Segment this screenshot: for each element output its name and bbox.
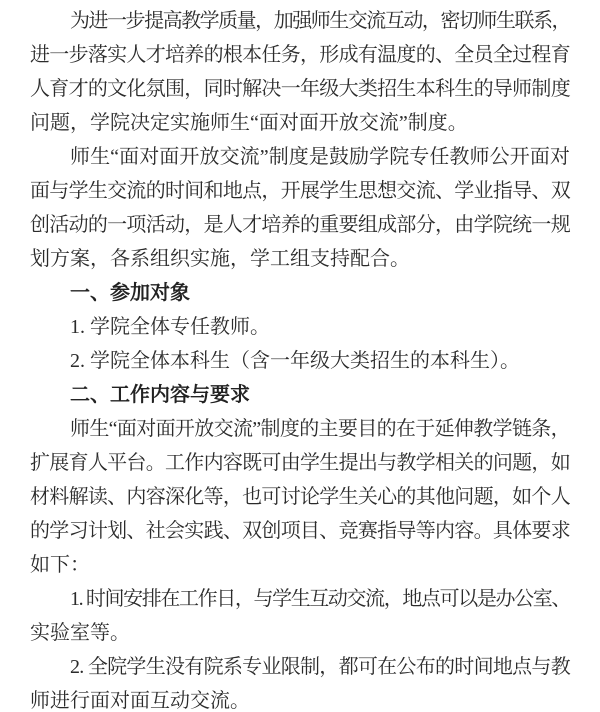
text-run: 1. 学院全体专任教师。 bbox=[70, 310, 270, 344]
text-line: 扩展育人平台。工作内容既可由学生提出与教学相关的问题，如 bbox=[30, 446, 570, 480]
document-page: 为进一步提高教学质量，加强师生交流互动，密切师生联系，进一步落实人才培养的根本任… bbox=[0, 0, 600, 712]
paragraph: 2. 学院全体本科生（含一年级大类招生的本科生）。 bbox=[30, 344, 570, 378]
text-run: 实验室等。 bbox=[30, 616, 130, 650]
text-run: 二、工作内容与要求 bbox=[70, 378, 250, 412]
paragraph: 为进一步提高教学质量，加强师生交流互动，密切师生联系，进一步落实人才培养的根本任… bbox=[30, 4, 570, 140]
text-line: 2. 全院学生没有院系专业限制，都可在公布的时间地点与教 bbox=[30, 650, 570, 684]
document-body: 为进一步提高教学质量，加强师生交流互动，密切师生联系，进一步落实人才培养的根本任… bbox=[30, 4, 570, 712]
text-run: 为进一步提高教学质量，加强师生交流互动，密切师生联系， bbox=[70, 4, 570, 38]
text-run: 扩展育人平台。工作内容既可由学生提出与教学相关的问题，如 bbox=[30, 446, 570, 480]
text-run: 面与学生交流的时间和地点，开展学生思想交流、学业指导、双 bbox=[30, 174, 570, 208]
text-run: 师进行面对面互动交流。 bbox=[30, 684, 250, 712]
heading-line: 二、工作内容与要求 bbox=[30, 378, 570, 412]
text-line: 1. 学院全体专任教师。 bbox=[30, 310, 570, 344]
text-run: 人育才的文化氛围，同时解决一年级大类招生本科生的导师制度 bbox=[30, 72, 570, 106]
text-line: 进一步落实人才培养的根本任务，形成有温度的、全员全过程育 bbox=[30, 38, 570, 72]
text-run: 一、参加对象 bbox=[70, 276, 190, 310]
text-run: 2. 全院学生没有院系专业限制，都可在公布的时间地点与教 bbox=[70, 650, 570, 684]
text-line: 2. 学院全体本科生（含一年级大类招生的本科生）。 bbox=[30, 344, 570, 378]
text-line: 1. 时间安排在工作日，与学生互动交流，地点可以是办公室、 bbox=[30, 582, 570, 616]
text-run: 师生“面对面开放交流”制度是鼓励学院专任教师公开面对 bbox=[70, 140, 570, 174]
text-line: 问题，学院决定实施师生“面对面开放交流”制度。 bbox=[30, 106, 570, 140]
text-run: 如下： bbox=[30, 548, 90, 582]
paragraph: 2. 全院学生没有院系专业限制，都可在公布的时间地点与教师进行面对面互动交流。 bbox=[30, 650, 570, 712]
text-run: 问题，学院决定实施师生“面对面开放交流”制度。 bbox=[30, 106, 468, 140]
text-line: 材料解读、内容深化等，也可讨论学生关心的其他问题，如个人 bbox=[30, 480, 570, 514]
text-line: 划方案，各系组织实施，学工组支持配合。 bbox=[30, 242, 570, 276]
text-line: 实验室等。 bbox=[30, 616, 570, 650]
text-line: 面与学生交流的时间和地点，开展学生思想交流、学业指导、双 bbox=[30, 174, 570, 208]
section-heading: 二、工作内容与要求 bbox=[30, 378, 570, 412]
text-run: 创活动的一项活动，是人才培养的重要组成部分，由学院统一规 bbox=[30, 208, 570, 242]
text-line: 师生“面对面开放交流”制度是鼓励学院专任教师公开面对 bbox=[30, 140, 570, 174]
text-run: 材料解读、内容深化等，也可讨论学生关心的其他问题，如个人 bbox=[30, 480, 570, 514]
text-run: 1. 时间安排在工作日，与学生互动交流，地点可以是办公室、 bbox=[70, 582, 570, 616]
text-line: 创活动的一项活动，是人才培养的重要组成部分，由学院统一规 bbox=[30, 208, 570, 242]
text-line: 如下： bbox=[30, 548, 570, 582]
paragraph: 师生“面对面开放交流”制度是鼓励学院专任教师公开面对面与学生交流的时间和地点，开… bbox=[30, 140, 570, 276]
text-line: 师生“面对面开放交流”制度的主要目的在于延伸教学链条， bbox=[30, 412, 570, 446]
text-run: 的学习计划、社会实践、双创项目、竞赛指导等内容。具体要求 bbox=[30, 514, 570, 548]
text-run: 划方案，各系组织实施，学工组支持配合。 bbox=[30, 242, 410, 276]
text-line: 人育才的文化氛围，同时解决一年级大类招生本科生的导师制度 bbox=[30, 72, 570, 106]
paragraph: 师生“面对面开放交流”制度的主要目的在于延伸教学链条，扩展育人平台。工作内容既可… bbox=[30, 412, 570, 582]
text-run: 师生“面对面开放交流”制度的主要目的在于延伸教学链条， bbox=[70, 412, 570, 446]
text-run: 2. 学院全体本科生（含一年级大类招生的本科生）。 bbox=[70, 344, 520, 378]
paragraph: 1. 学院全体专任教师。 bbox=[30, 310, 570, 344]
text-line: 为进一步提高教学质量，加强师生交流互动，密切师生联系， bbox=[30, 4, 570, 38]
text-line: 的学习计划、社会实践、双创项目、竞赛指导等内容。具体要求 bbox=[30, 514, 570, 548]
heading-line: 一、参加对象 bbox=[30, 276, 570, 310]
section-heading: 一、参加对象 bbox=[30, 276, 570, 310]
text-run: 进一步落实人才培养的根本任务，形成有温度的、全员全过程育 bbox=[30, 38, 570, 72]
paragraph: 1. 时间安排在工作日，与学生互动交流，地点可以是办公室、实验室等。 bbox=[30, 582, 570, 650]
text-line: 师进行面对面互动交流。 bbox=[30, 684, 570, 712]
